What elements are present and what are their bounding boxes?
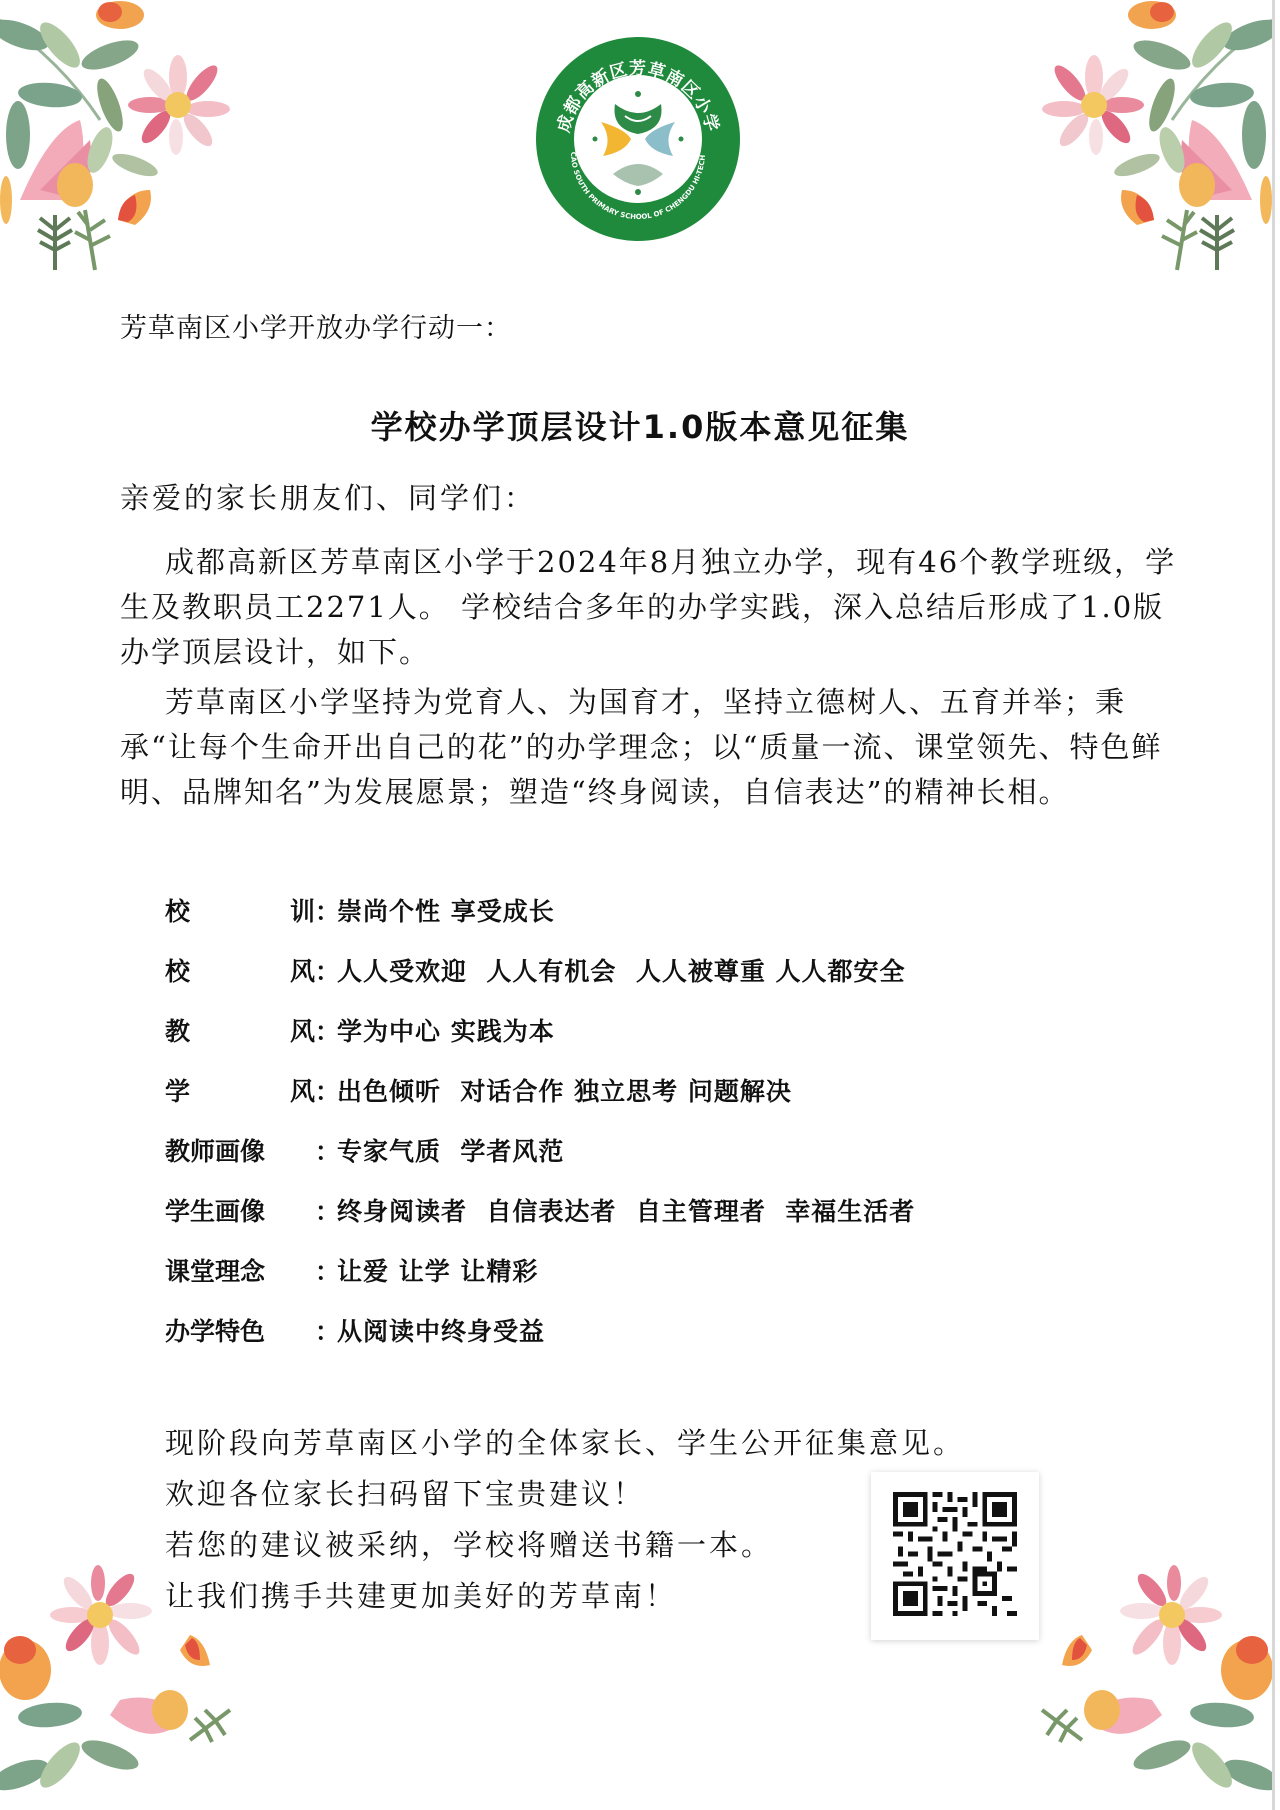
action-kicker: 芳草南区小学开放办学行动一： [120,306,512,345]
item-label: 课堂理念 [165,1252,265,1288]
item-label: 教师画像 [165,1132,265,1168]
design-item-teacher-profile: 教师画像 ： 专家气质 学者风范 [165,1120,915,1180]
item-label: 学生画像 [165,1192,265,1228]
item-label: 训 [290,892,315,928]
floral-decoration-top-left [0,0,270,290]
colon: ： [315,1132,337,1168]
item-label: 教 [165,1012,190,1048]
item-label: 风 [290,1012,315,1048]
page-title: 学校办学顶层设计1.0版本意见征集 [0,402,1280,448]
colon: ： [315,1252,337,1288]
flower-icon [0,0,270,290]
design-item-school-ethos: 校风 ： 人人受欢迎 人人有机会 人人被尊重 人人都安全 [165,940,915,1000]
flower-icon [1002,1520,1272,1810]
item-value: 学为中心 实践为本 [337,1012,555,1048]
design-item-teaching-style: 教风 ： 学为中心 实践为本 [165,1000,915,1060]
colon: ： [315,892,337,928]
item-value: 从阅读中终身受益 [337,1312,545,1348]
greeting: 亲爱的家长朋友们、同学们： [120,476,536,517]
colon: ： [315,1192,337,1228]
poster-page: 成都高新区芳草南区小学 FANGCAO SOUTH PRIMARY SCHOOL… [0,0,1275,1810]
flower-icon [1002,0,1272,290]
closing-line: 若您的建议被采纳，学校将赠送书籍一本。 [165,1520,965,1571]
item-value: 专家气质 学者风范 [337,1132,564,1168]
feedback-qr-code[interactable] [871,1472,1039,1640]
item-label: 风 [290,952,315,988]
school-emblem-icon: 成都高新区芳草南区小学 FANGCAO SOUTH PRIMARY SCHOOL… [533,34,743,244]
item-label: 校 [165,892,190,928]
school-logo: 成都高新区芳草南区小学 FANGCAO SOUTH PRIMARY SCHOOL… [533,34,743,244]
colon: ： [315,1072,337,1108]
closing-line: 现阶段向芳草南区小学的全体家长、学生公开征集意见。 [165,1418,965,1469]
philosophy-paragraph: 芳草南区小学坚持为党育人、为国育才，坚持立德树人、五育并举；秉承“让每个生命开出… [120,680,1180,815]
item-label: 学 [165,1072,190,1108]
closing-line: 让我们携手共建更加美好的芳草南！ [165,1571,965,1622]
floral-decoration-top-right [1002,0,1272,290]
design-item-school-motto: 校训 ： 崇尚个性 享受成长 [165,880,915,940]
colon: ： [315,952,337,988]
item-value: 让爱 让学 让精彩 [337,1252,538,1288]
qr-code-icon [893,1492,1017,1616]
item-value: 出色倾听 对话合作 独立思考 问题解决 [337,1072,792,1108]
closing-line: 欢迎各位家长扫码留下宝贵建议！ [165,1469,965,1520]
item-value: 人人受欢迎 人人有机会 人人被尊重 人人都安全 [337,952,906,988]
item-value: 终身阅读者 自信表达者 自主管理者 幸福生活者 [337,1192,915,1228]
closing-message: 现阶段向芳草南区小学的全体家长、学生公开征集意见。 欢迎各位家长扫码留下宝贵建议… [165,1418,965,1622]
item-label: 校 [165,952,190,988]
design-item-student-profile: 学生画像 ： 终身阅读者 自信表达者 自主管理者 幸福生活者 [165,1180,915,1240]
design-item-list: 校训 ： 崇尚个性 享受成长 校风 ： 人人受欢迎 人人有机会 人人被尊重 人人… [165,880,915,1360]
design-item-school-feature: 办学特色 ： 从阅读中终身受益 [165,1300,915,1360]
colon: ： [315,1312,337,1348]
colon: ： [315,1012,337,1048]
design-item-learning-style: 学风 ： 出色倾听 对话合作 独立思考 问题解决 [165,1060,915,1120]
design-item-classroom-philosophy: 课堂理念 ： 让爱 让学 让精彩 [165,1240,915,1300]
intro-paragraph: 成都高新区芳草南区小学于2024年8月独立办学，现有46个教学班级，学生及教职员… [120,540,1180,675]
item-label: 风 [290,1072,315,1108]
floral-decoration-bottom-right [1002,1520,1272,1810]
item-label: 办学特色 [165,1312,265,1348]
item-value: 崇尚个性 享受成长 [337,892,555,928]
